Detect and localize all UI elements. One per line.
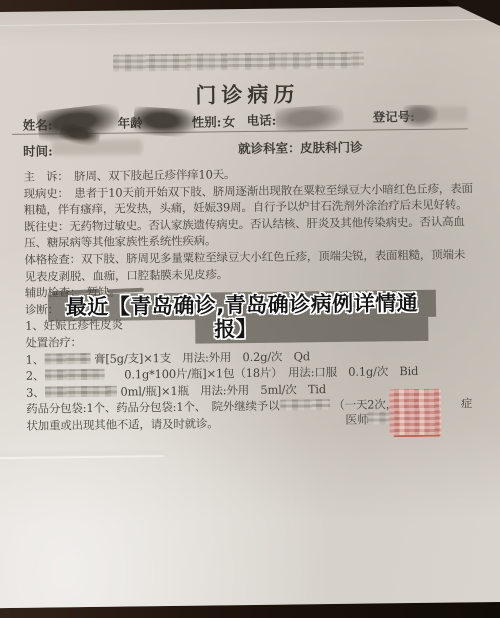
department-label: 就诊科室： (238, 138, 301, 157)
record-text: 0ml/瓶]×1瓶 用法:外用 5ml/次 Tid (120, 382, 326, 399)
caption-text-line2: 报】 (214, 317, 257, 342)
record-text: 主 诉： 脐周、双下肢起丘疹伴痒10天。 (23, 167, 235, 184)
physician-label: 医师 (345, 411, 369, 428)
record-text: 膏[5g/支]×1支 用法:外用 0.2g/次 Qd (94, 349, 310, 366)
record-gap (108, 378, 124, 379)
censor-time-blur (52, 139, 142, 155)
record-text: 压、糖尿病等其他家族性系统性疾病。 (24, 234, 216, 250)
caption-banner-line2: 报】 (195, 317, 428, 344)
record-text: 3、 (26, 385, 45, 399)
record-text: 0.1g*100片/瓶]×1包（18片） 用法:口服 0.1g/次 Bid (124, 364, 418, 382)
record-text: 状加重或出现其他不适，请及时就诊。 (26, 416, 218, 432)
photo-of-medical-record: 门诊病历 姓名: 年龄 性别: 女 电话: 登记号: 时间: 就诊科室： 皮肤科… (0, 0, 500, 618)
caption-text-line1: 最近【青岛确诊,青岛确诊病例详情通 (66, 291, 419, 319)
censor-drug-name-mosaic (280, 399, 330, 411)
record-text: 处置治疗： (25, 335, 82, 350)
censor-drug-name-mosaic (45, 369, 105, 381)
censor-red-stamp-mosaic (389, 389, 442, 436)
censor-registration-scribble (404, 105, 438, 127)
record-text: 1、 (26, 352, 45, 366)
record-text: 症 (461, 397, 472, 411)
record-text: 见表皮剥脱、血痂，口腔黏膜未见皮疹。 (25, 267, 229, 283)
censor-drug-name-mosaic (45, 352, 91, 364)
phone-label: 电话: (247, 111, 277, 129)
record-text: 2、 (26, 369, 45, 383)
gender-value: 女 (223, 112, 236, 130)
document-content: 门诊病历 姓名: 年龄 性别: 女 电话: 登记号: 时间: 就诊科室： 皮肤科… (0, 6, 500, 608)
paper-sheet: 门诊病历 姓名: 年龄 性别: 女 电话: 登记号: 时间: 就诊科室： 皮肤科… (0, 6, 500, 608)
time-label: 时间: (23, 141, 53, 159)
record-text: 药品分包袋:1个、药品分包袋:1个、 院外继续予以 (26, 399, 279, 416)
department-value: 皮肤科门诊 (300, 138, 363, 157)
censor-hospital-name-mosaic (113, 52, 364, 72)
censor-drug-name-mosaic (45, 385, 117, 397)
